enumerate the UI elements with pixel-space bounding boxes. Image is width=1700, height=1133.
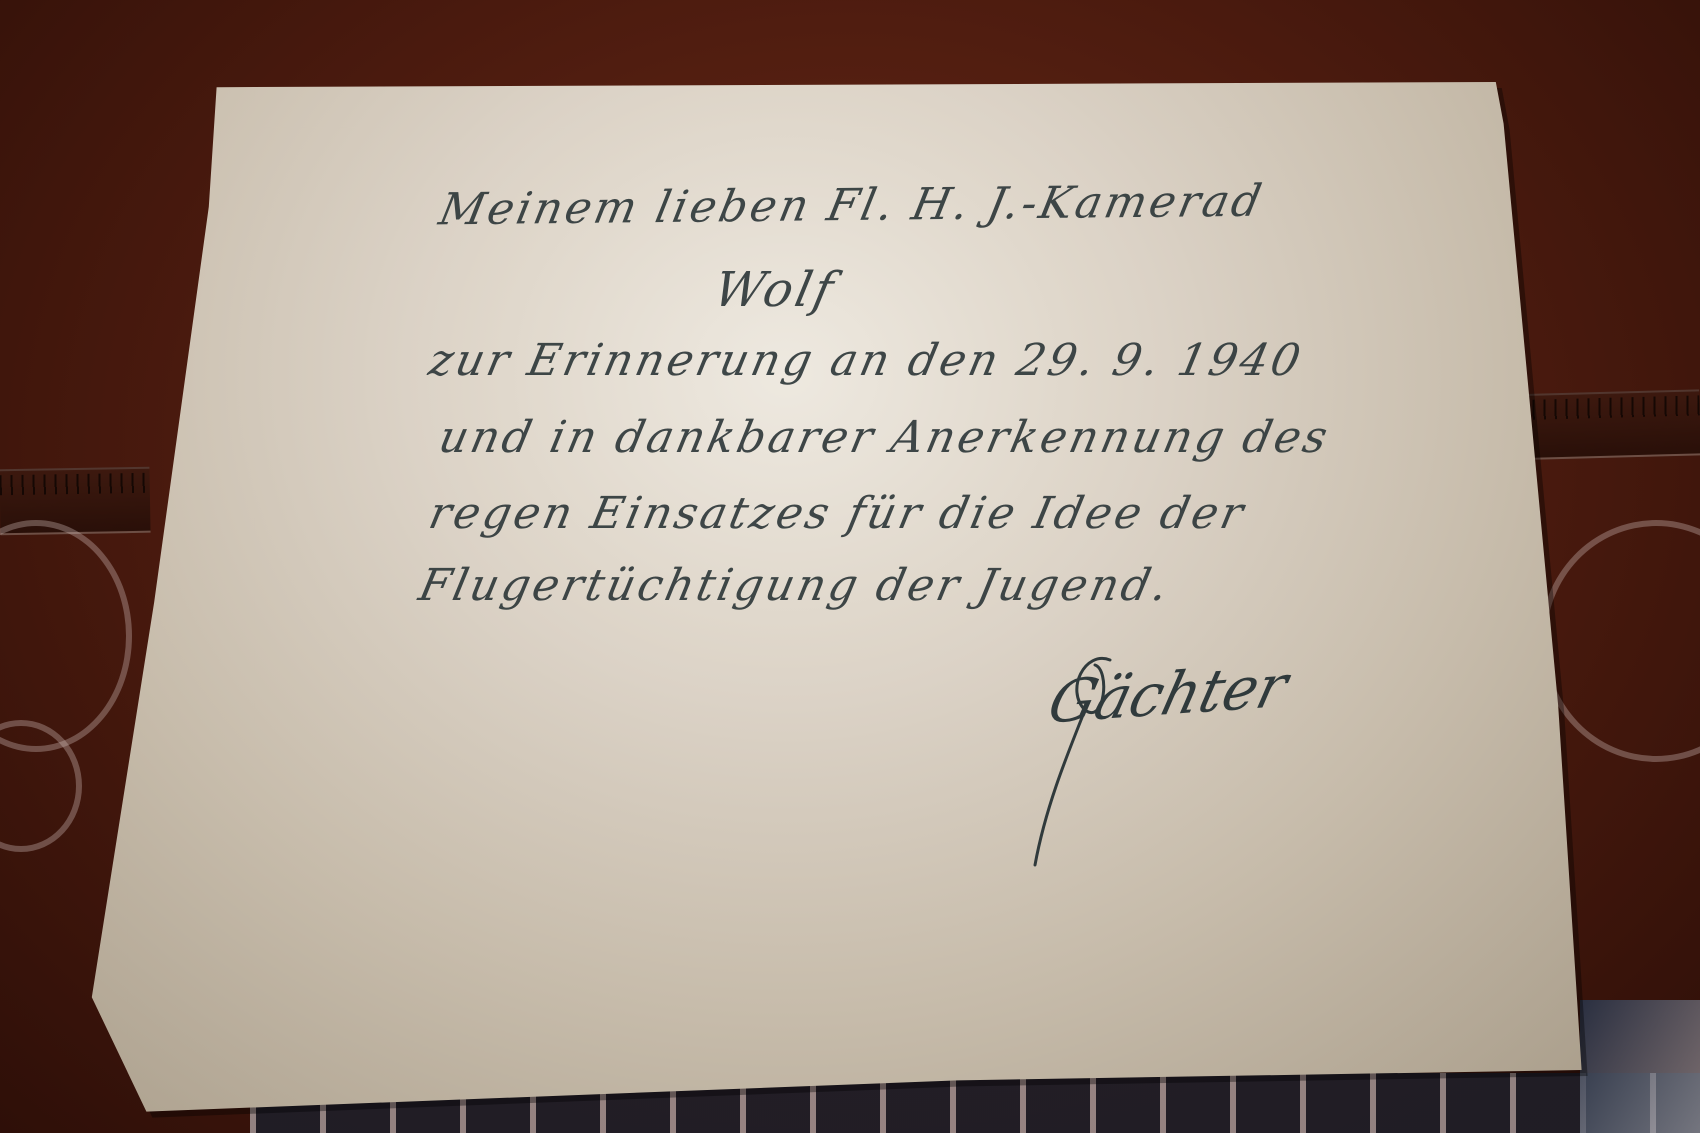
note-line-1: Meinem lieben Fl. H. J.-Kamerad — [435, 176, 1269, 236]
photo-scene: Meinem lieben Fl. H. J.-Kamerad Wolf zur… — [0, 0, 1700, 1133]
handwritten-note: Meinem lieben Fl. H. J.-Kamerad Wolf zur… — [0, 0, 1700, 1133]
note-line-4: und in dankbarer Anerkennung des — [435, 412, 1335, 463]
note-line-3: zur Erinnerung an den 29. 9. 1940 — [425, 335, 1308, 386]
note-line-recipient: Wolf — [709, 262, 841, 318]
note-line-6: Flugertüchtigung der Jugend. — [415, 560, 1176, 611]
note-line-5: regen Einsatzes für die Idee der — [425, 488, 1251, 539]
